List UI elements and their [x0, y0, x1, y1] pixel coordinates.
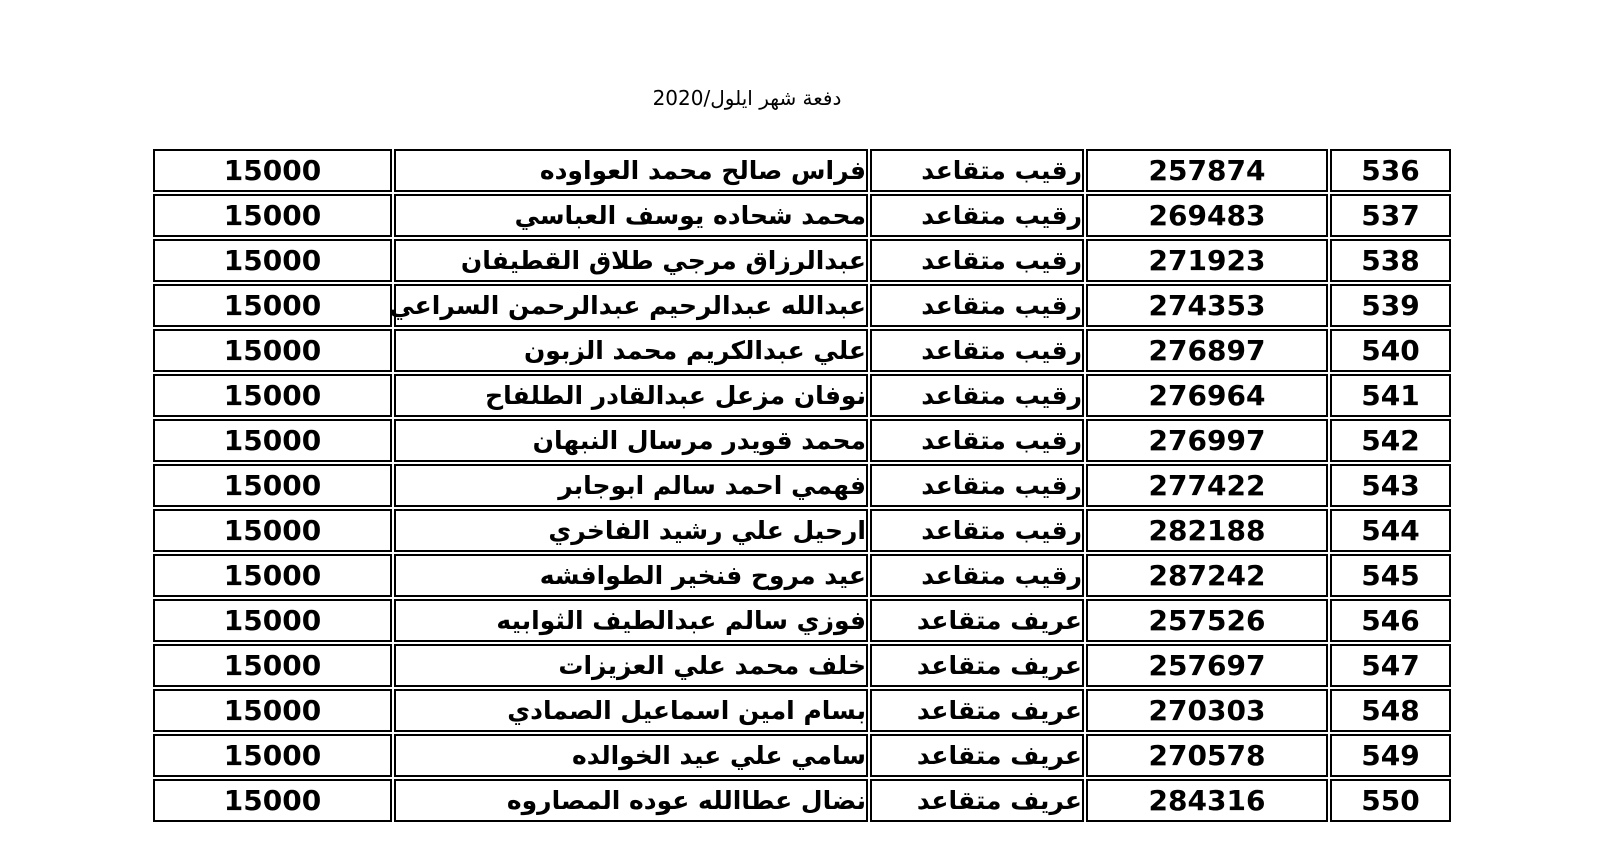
table-row: 547 257697 عريف متقاعد خلف محمد علي العز… — [153, 644, 1451, 687]
amount-cell: 15000 — [153, 329, 392, 372]
serial-number-cell: 549 — [1330, 734, 1451, 777]
table-row: 548 270303 عريف متقاعد بسام امين اسماعيل… — [153, 689, 1451, 732]
serial-number-cell: 539 — [1330, 284, 1451, 327]
military-number-cell: 276997 — [1086, 419, 1328, 462]
full-name-cell: فراس صالح محمد العواوده — [394, 149, 868, 192]
military-number-cell: 274353 — [1086, 284, 1328, 327]
amount-cell: 15000 — [153, 194, 392, 237]
rank-cell: عريف متقاعد — [870, 644, 1084, 687]
serial-number-cell: 537 — [1330, 194, 1451, 237]
rank-cell: رقيب متقاعد — [870, 329, 1084, 372]
table-row: 544 282188 رقيب متقاعد ارحيل علي رشيد ال… — [153, 509, 1451, 552]
amount-cell: 15000 — [153, 149, 392, 192]
table-row: 536 257874 رقيب متقاعد فراس صالح محمد ال… — [153, 149, 1451, 192]
table-row: 542 276997 رقيب متقاعد محمد قويدر مرسال … — [153, 419, 1451, 462]
rank-cell: رقيب متقاعد — [870, 464, 1084, 507]
full-name-cell: بسام امين اسماعيل الصمادي — [394, 689, 868, 732]
table-row: 545 287242 رقيب متقاعد عيد مروح فنخير ال… — [153, 554, 1451, 597]
table-row: 541 276964 رقيب متقاعد نوفان مزعل عبدالق… — [153, 374, 1451, 417]
military-number-cell: 276897 — [1086, 329, 1328, 372]
rank-cell: رقيب متقاعد — [870, 194, 1084, 237]
full-name-cell: نوفان مزعل عبدالقادر الطلفاح — [394, 374, 868, 417]
table-row: 537 269483 رقيب متقاعد محمد شحاده يوسف ا… — [153, 194, 1451, 237]
full-name-cell: عيد مروح فنخير الطوافشه — [394, 554, 868, 597]
rank-cell: رقيب متقاعد — [870, 239, 1084, 282]
amount-cell: 15000 — [153, 734, 392, 777]
military-number-cell: 257526 — [1086, 599, 1328, 642]
amount-cell: 15000 — [153, 464, 392, 507]
serial-number-cell: 547 — [1330, 644, 1451, 687]
serial-number-cell: 546 — [1330, 599, 1451, 642]
rank-cell: عريف متقاعد — [870, 734, 1084, 777]
amount-cell: 15000 — [153, 509, 392, 552]
serial-number-cell: 545 — [1330, 554, 1451, 597]
amount-cell: 15000 — [153, 689, 392, 732]
table-row: 549 270578 عريف متقاعد سامي علي عيد الخو… — [153, 734, 1451, 777]
military-number-cell: 257874 — [1086, 149, 1328, 192]
rank-cell: رقيب متقاعد — [870, 284, 1084, 327]
payments-table-body: 536 257874 رقيب متقاعد فراس صالح محمد ال… — [153, 149, 1451, 822]
military-number-cell: 277422 — [1086, 464, 1328, 507]
military-number-cell: 269483 — [1086, 194, 1328, 237]
table-row: 539 274353 رقيب متقاعد عبدالله عبدالرحيم… — [153, 284, 1451, 327]
full-name-cell: عبدالرزاق مرجي طلاق القطيفان — [394, 239, 868, 282]
rank-cell: عريف متقاعد — [870, 599, 1084, 642]
amount-cell: 15000 — [153, 284, 392, 327]
full-name-cell: فوزي سالم عبدالطيف الثوابيه — [394, 599, 868, 642]
full-name-cell: محمد شحاده يوسف العباسي — [394, 194, 868, 237]
military-number-cell: 270303 — [1086, 689, 1328, 732]
military-number-cell: 257697 — [1086, 644, 1328, 687]
serial-number-cell: 540 — [1330, 329, 1451, 372]
table-row: 538 271923 رقيب متقاعد عبدالرزاق مرجي طل… — [153, 239, 1451, 282]
payments-table: 536 257874 رقيب متقاعد فراس صالح محمد ال… — [151, 147, 1453, 824]
amount-cell: 15000 — [153, 374, 392, 417]
full-name-cell: سامي علي عيد الخوالده — [394, 734, 868, 777]
table-row: 540 276897 رقيب متقاعد علي عبدالكريم محم… — [153, 329, 1451, 372]
serial-number-cell: 544 — [1330, 509, 1451, 552]
military-number-cell: 276964 — [1086, 374, 1328, 417]
amount-cell: 15000 — [153, 599, 392, 642]
full-name-cell: خلف محمد علي العزيزات — [394, 644, 868, 687]
serial-number-cell: 543 — [1330, 464, 1451, 507]
rank-cell: عريف متقاعد — [870, 779, 1084, 822]
full-name-cell: محمد قويدر مرسال النبهان — [394, 419, 868, 462]
amount-cell: 15000 — [153, 239, 392, 282]
rank-cell: رقيب متقاعد — [870, 509, 1084, 552]
serial-number-cell: 536 — [1330, 149, 1451, 192]
rank-cell: رقيب متقاعد — [870, 419, 1084, 462]
serial-number-cell: 538 — [1330, 239, 1451, 282]
amount-cell: 15000 — [153, 779, 392, 822]
full-name-cell: فهمي احمد سالم ابوجابر — [394, 464, 868, 507]
full-name-cell: علي عبدالكريم محمد الزبون — [394, 329, 868, 372]
military-number-cell: 287242 — [1086, 554, 1328, 597]
full-name-cell: نضال عطاالله عوده المصاروه — [394, 779, 868, 822]
amount-cell: 15000 — [153, 644, 392, 687]
rank-cell: رقيب متقاعد — [870, 554, 1084, 597]
rank-cell: رقيب متقاعد — [870, 149, 1084, 192]
table-row: 546 257526 عريف متقاعد فوزي سالم عبدالطي… — [153, 599, 1451, 642]
rank-cell: عريف متقاعد — [870, 689, 1084, 732]
serial-number-cell: 550 — [1330, 779, 1451, 822]
table-row: 543 277422 رقيب متقاعد فهمي احمد سالم اب… — [153, 464, 1451, 507]
full-name-cell: ارحيل علي رشيد الفاخري — [394, 509, 868, 552]
military-number-cell: 270578 — [1086, 734, 1328, 777]
military-number-cell: 282188 — [1086, 509, 1328, 552]
military-number-cell: 284316 — [1086, 779, 1328, 822]
full-name-cell: عبدالله عبدالرحيم عبدالرحمن السراعي — [394, 284, 868, 327]
page-title: دفعة شهر ايلول/2020 — [0, 86, 1494, 110]
serial-number-cell: 541 — [1330, 374, 1451, 417]
amount-cell: 15000 — [153, 419, 392, 462]
table-row: 550 284316 عريف متقاعد نضال عطاالله عوده… — [153, 779, 1451, 822]
rank-cell: رقيب متقاعد — [870, 374, 1084, 417]
serial-number-cell: 542 — [1330, 419, 1451, 462]
military-number-cell: 271923 — [1086, 239, 1328, 282]
serial-number-cell: 548 — [1330, 689, 1451, 732]
amount-cell: 15000 — [153, 554, 392, 597]
